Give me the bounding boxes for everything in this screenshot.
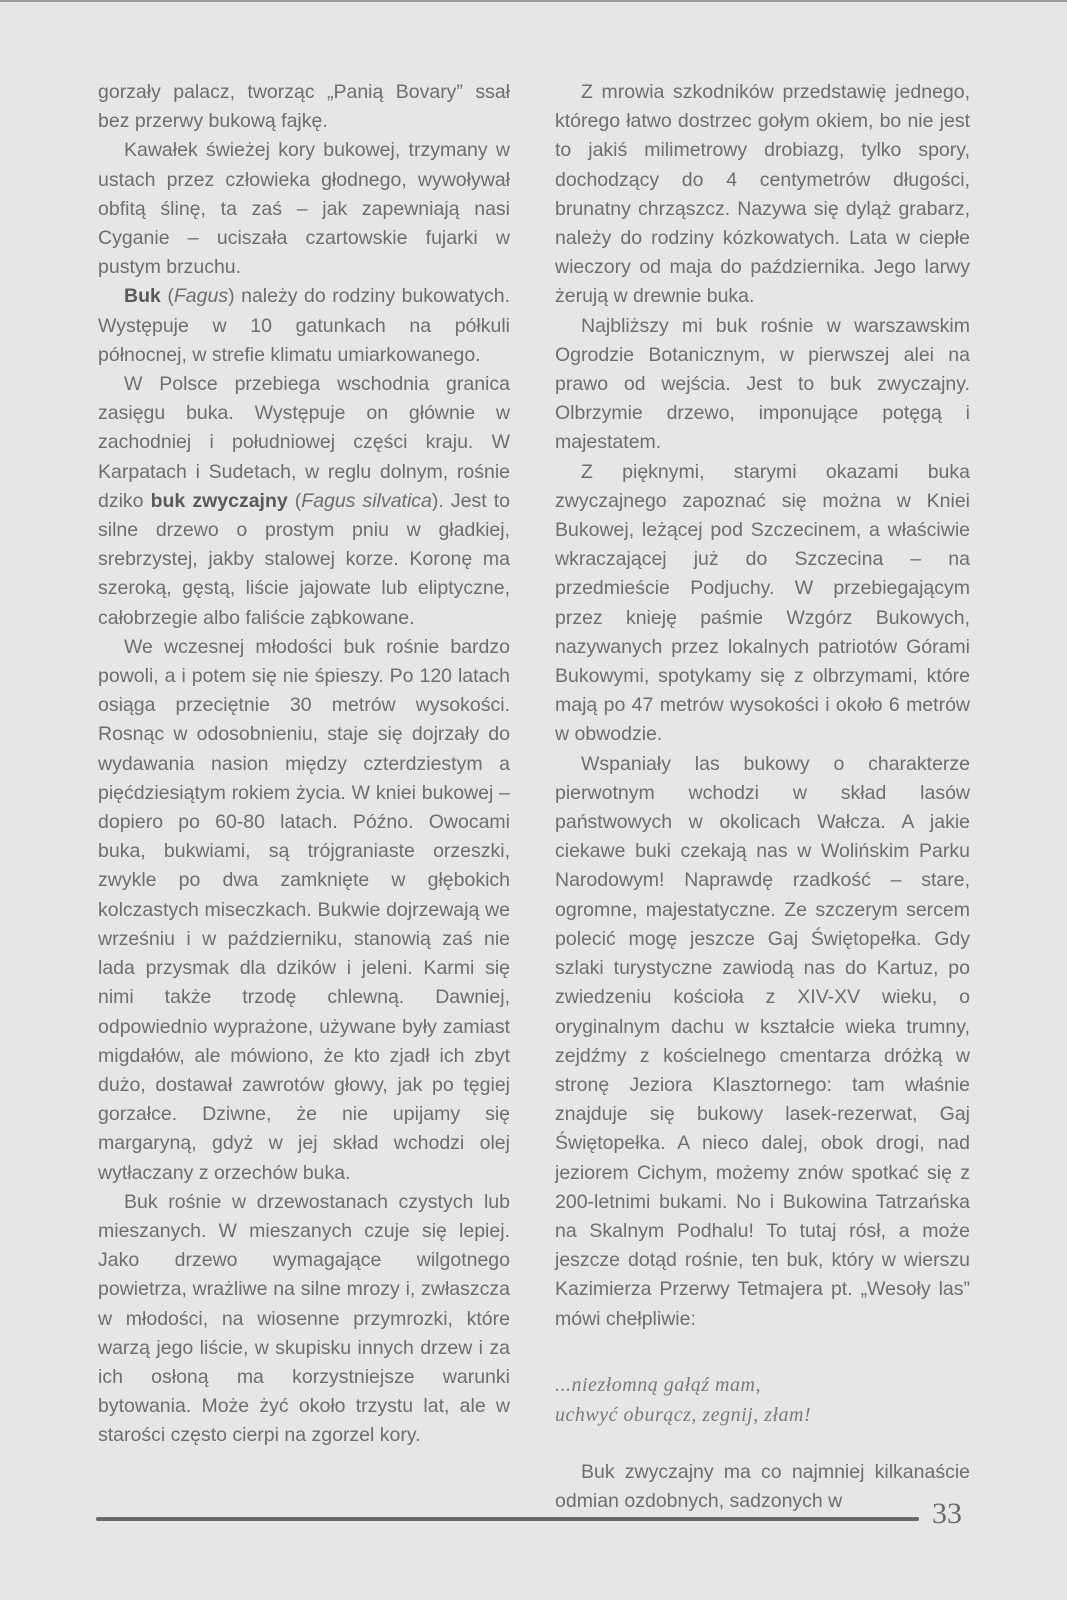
paragraph: Buk zwyczajny ma co najmniej kilkanaście…: [555, 1458, 970, 1516]
paragraph: Najbliższy mi buk rośnie w warszawskim O…: [555, 312, 970, 458]
paragraph: Z mrowia szkodników przedstawię jednego,…: [555, 78, 970, 312]
text-fragment: (: [288, 490, 302, 512]
footer-rule: [96, 1517, 919, 1521]
latin-name: Fagus silvatica: [301, 490, 432, 512]
latin-name: Fagus: [174, 285, 228, 307]
right-text-column: Z mrowia szkodników przedstawię jednego,…: [555, 78, 970, 1516]
bold-term: Buk: [124, 285, 161, 307]
poem-line: uchwyć oburącz, zegnij, złam!: [555, 1400, 970, 1430]
paragraph: Z pięknymi, starymi okazami buka zwyczaj…: [555, 458, 970, 750]
paragraph: Kawałek świeżej kory bukowej, trzymany w…: [98, 136, 510, 282]
paragraph: Buk rośnie w drzewostanach czystych lub …: [98, 1188, 510, 1451]
scan-top-edge: [0, 0, 1067, 2]
paragraph-range: W Polsce przebiega wschodnia granica zas…: [98, 370, 510, 633]
paragraph: gorzały palacz, tworząc „Panią Bovary” s…: [98, 78, 510, 136]
bold-term: buk zwyczajny: [151, 490, 288, 512]
poem-line: ...niezłomną gałąź mam,: [555, 1370, 970, 1400]
left-text-column: gorzały palacz, tworząc „Panią Bovary” s…: [98, 78, 510, 1451]
text-fragment: (: [161, 285, 174, 307]
poem-quote: ...niezłomną gałąź mam, uchwyć oburącz, …: [555, 1370, 970, 1430]
paragraph: Wspaniały las bukowy o charakterze pierw…: [555, 750, 970, 1334]
paragraph-buk-genus: Buk (Fagus) należy do rodziny bukowatych…: [98, 282, 510, 370]
paragraph: We wczesnej młodości buk rośnie bardzo p…: [98, 633, 510, 1188]
page-number: 33: [932, 1497, 962, 1531]
